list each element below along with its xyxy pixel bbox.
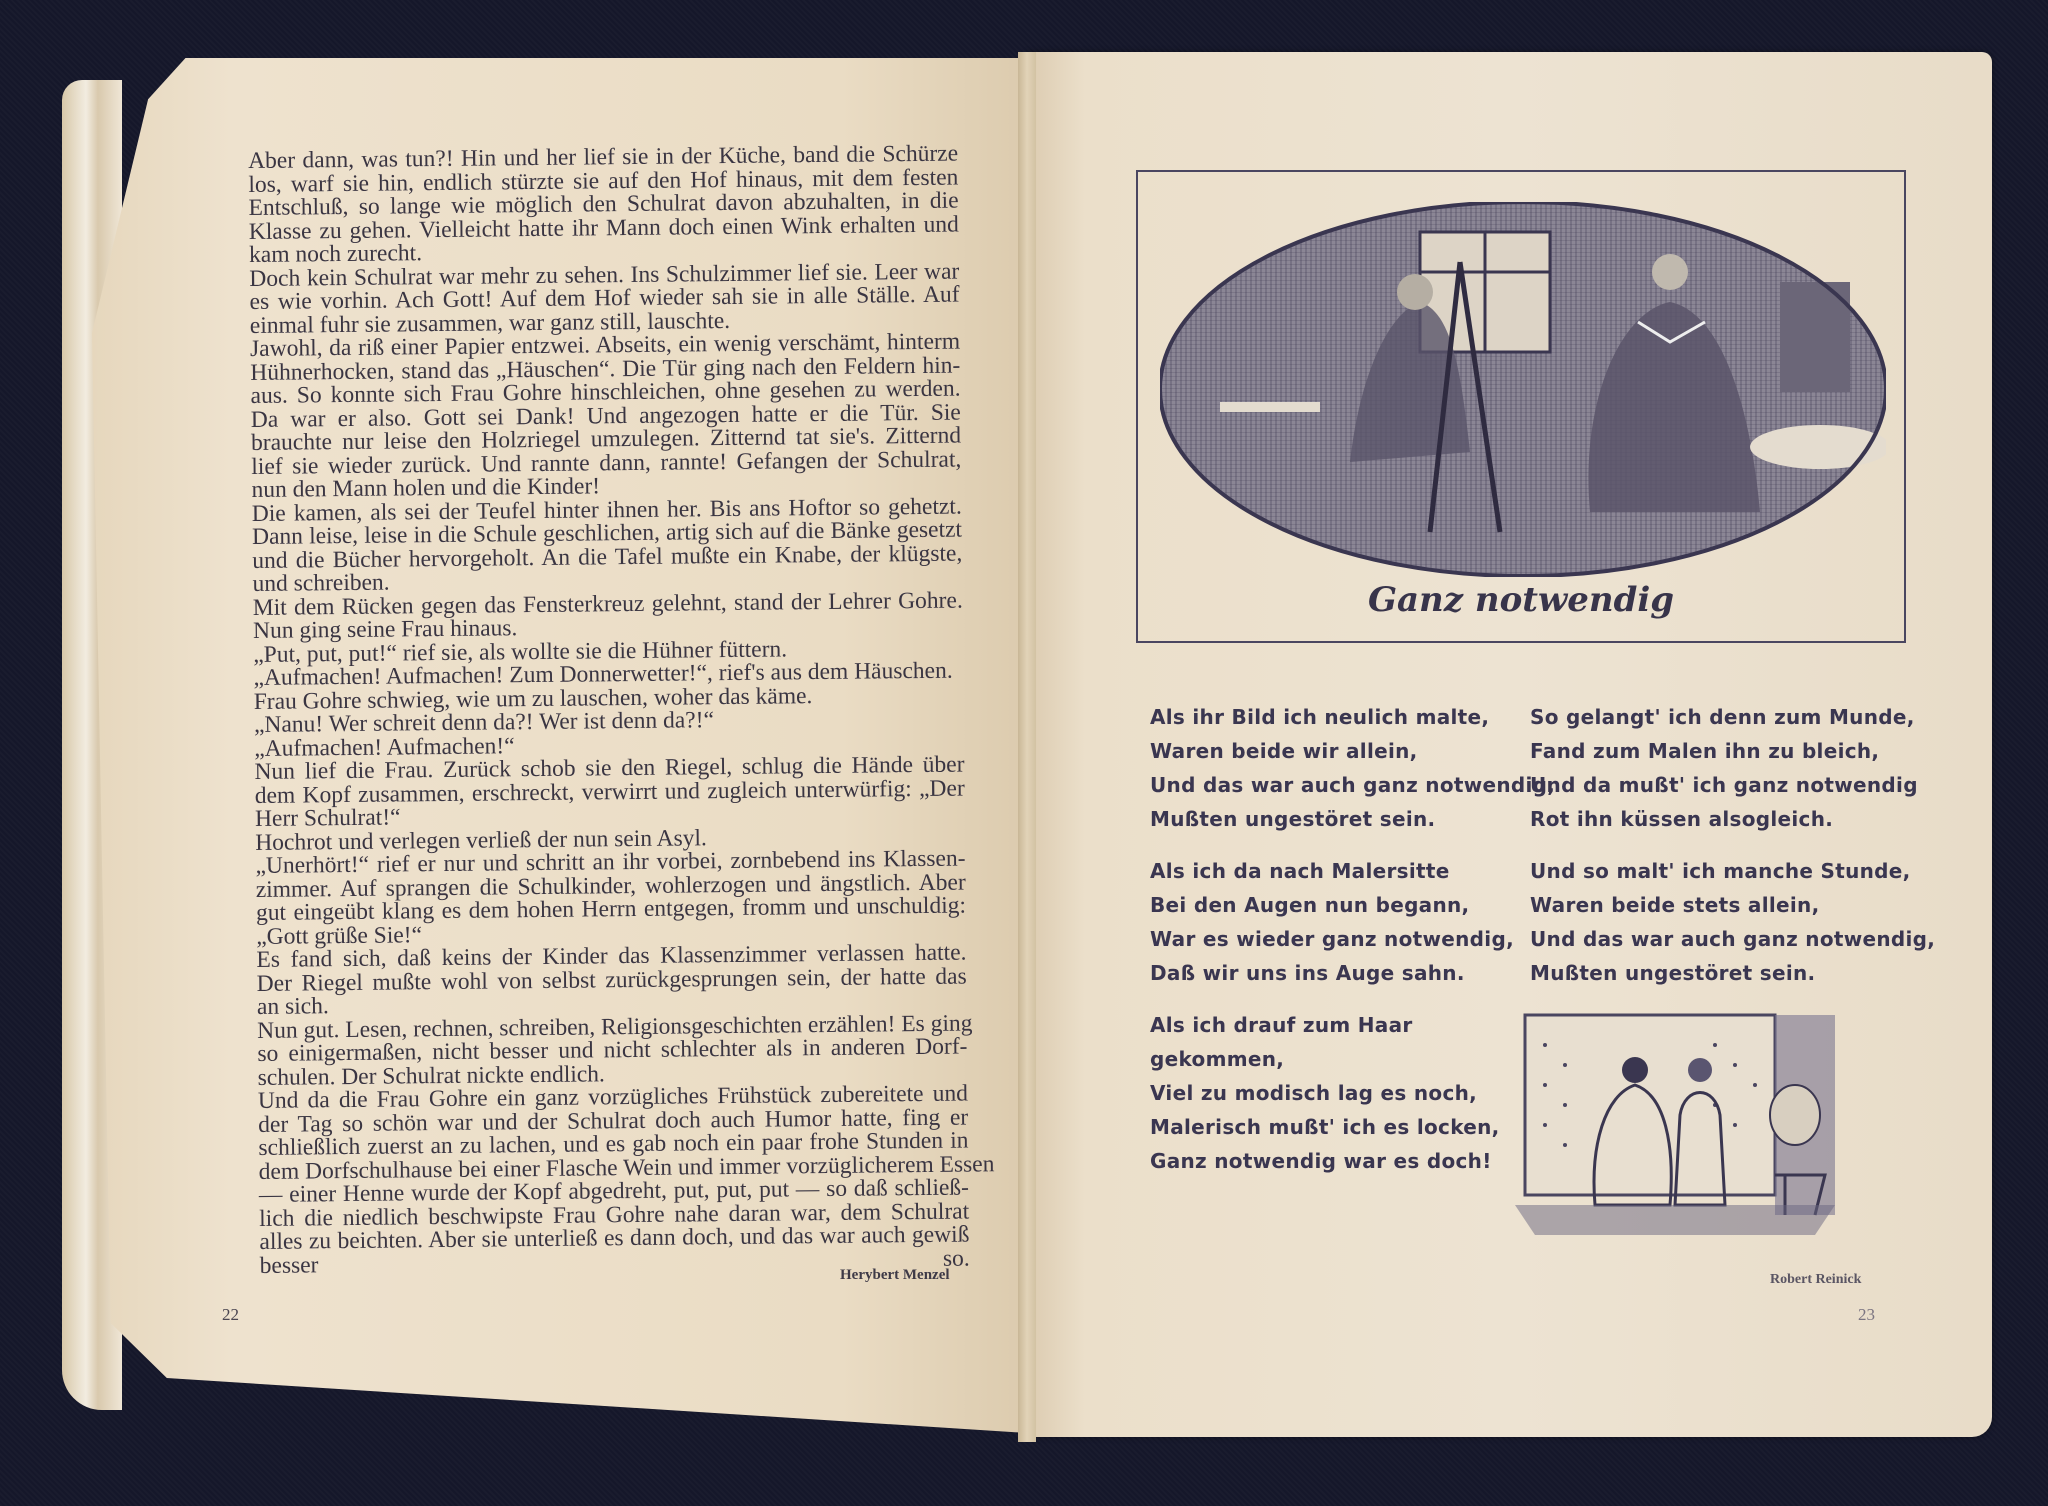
poem-line: gekommen, bbox=[1150, 1042, 1500, 1076]
poem-line: Waren beide wir allein, bbox=[1150, 734, 1555, 768]
poem-verse: So gelangt' ich denn zum Munde,Fand zum … bbox=[1530, 700, 1935, 836]
poem-line: Waren beide stets allein, bbox=[1530, 888, 1935, 922]
author-credit-right: Robert Reinick bbox=[1770, 1272, 1861, 1288]
poem-column-right: So gelangt' ich denn zum Munde,Fand zum … bbox=[1530, 700, 1935, 1008]
poem-line: Und das war auch ganz notwendig, bbox=[1150, 768, 1555, 802]
poem-line: Als ich da nach Malersitte bbox=[1150, 854, 1555, 888]
poem-line: War es wieder ganz notwendig, bbox=[1150, 922, 1555, 956]
engraving-painter-and-lady-icon bbox=[1160, 202, 1886, 577]
poem-line: Mußten ungestöret sein. bbox=[1530, 956, 1935, 990]
page-number-right: 23 bbox=[1858, 1305, 1875, 1325]
author-credit-left: Herybert Menzel bbox=[840, 1267, 950, 1284]
poem-line: Viel zu modisch lag es noch, bbox=[1150, 1076, 1500, 1110]
poem-line: Rot ihn küssen alsogleich. bbox=[1530, 802, 1935, 836]
poem-line: Bei den Augen nun begann, bbox=[1150, 888, 1555, 922]
poem-line: Malerisch mußt' ich es locken, bbox=[1150, 1110, 1500, 1144]
book-gutter bbox=[1018, 52, 1036, 1442]
poem-line: Fand zum Malen ihn zu bleich, bbox=[1530, 734, 1935, 768]
poem-line: Als ich drauf zum Haar bbox=[1150, 1008, 1500, 1042]
poem-line: Als ihr Bild ich neulich malte, bbox=[1150, 700, 1555, 734]
illustration-caption: Ganz notwendig bbox=[1138, 580, 1904, 620]
poem-line: Und so malt' ich manche Stunde, bbox=[1530, 854, 1935, 888]
poem-verse: Als ich da nach MalersitteBei den Augen … bbox=[1150, 854, 1555, 990]
poem-line: Und da mußt' ich ganz notwendig bbox=[1530, 768, 1935, 802]
poem-line: Daß wir uns ins Auge sahn. bbox=[1150, 956, 1555, 990]
poem-line: So gelangt' ich denn zum Munde, bbox=[1530, 700, 1935, 734]
poem-verse: Und so malt' ich manche Stunde,Waren bei… bbox=[1530, 854, 1935, 990]
page-number-left: 22 bbox=[222, 1305, 239, 1325]
poem-column-left: Als ihr Bild ich neulich malte,Waren bei… bbox=[1150, 700, 1555, 1008]
illustration-frame: Ganz notwendig bbox=[1136, 170, 1906, 643]
poem-line: Und das war auch ganz notwendig, bbox=[1530, 922, 1935, 956]
engraving-couple-by-curtain-icon bbox=[1495, 1005, 1855, 1250]
poem-line: Mußten ungestöret sein. bbox=[1150, 802, 1555, 836]
poem-line: Ganz notwendig war es doch! bbox=[1150, 1144, 1500, 1178]
story-text: Aber dann, was tun?! Hin und her lief si… bbox=[248, 143, 970, 1278]
poem-final-verse: Als ich drauf zum Haargekommen,Viel zu m… bbox=[1150, 1008, 1500, 1178]
poem-verse: Als ihr Bild ich neulich malte,Waren bei… bbox=[1150, 700, 1555, 836]
